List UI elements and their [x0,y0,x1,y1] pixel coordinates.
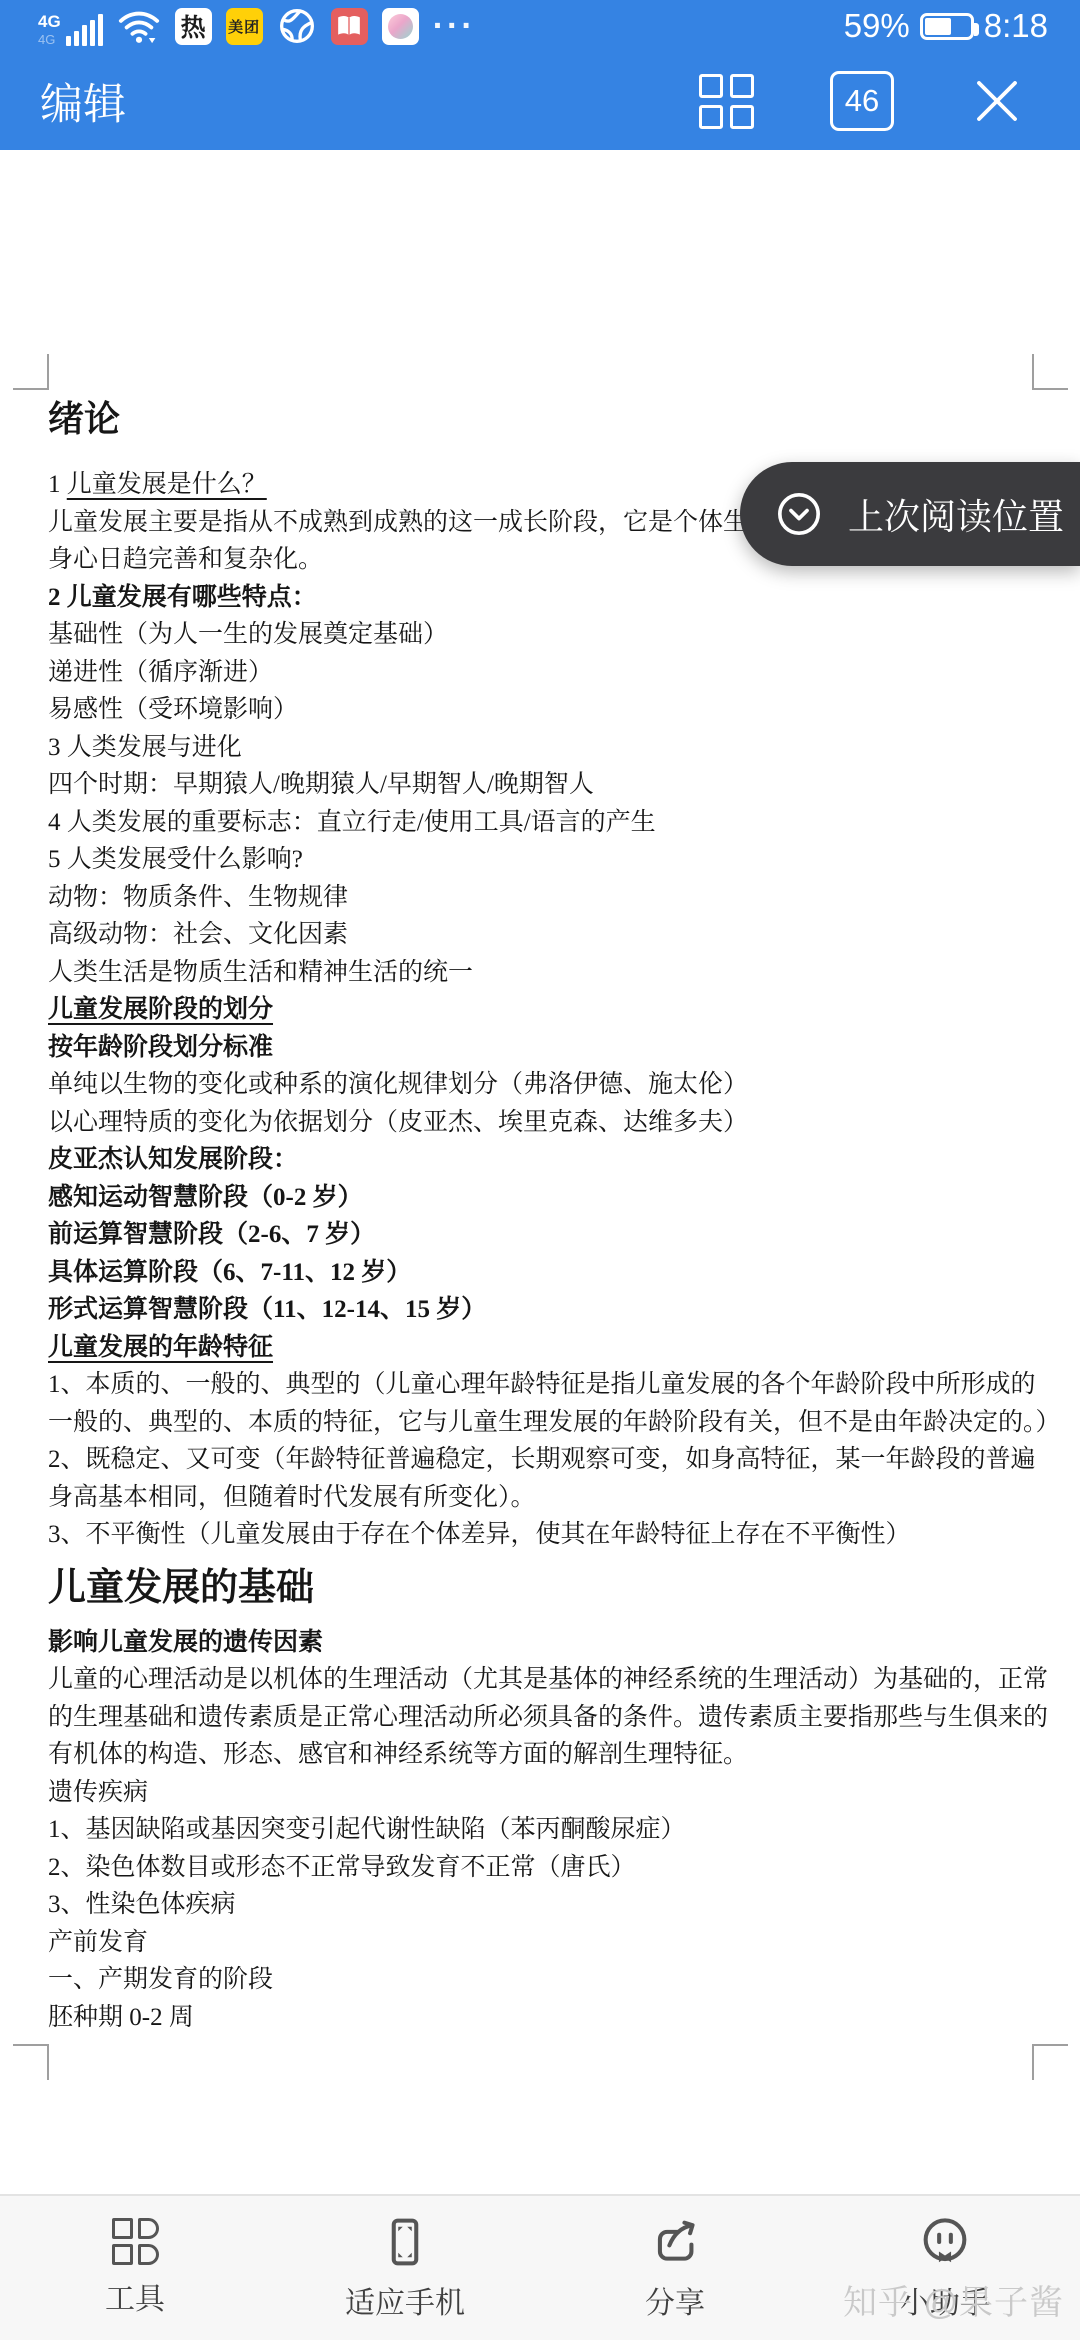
doc-line: 1、本质的、一般的、典型的（儿童心理年龄特征是指儿童发展的各个年龄阶段中所形成的 [48,1366,1070,1404]
close-icon[interactable] [970,74,1024,128]
doc-line: 形式运算智慧阶段（11、12-14、15 岁） [48,1291,1070,1329]
top-bar: 4G 4G 热 美团 [0,0,1080,150]
assistant-face-icon [918,2215,972,2269]
doc-line: 1、基因缺陷或基因突变引起代谢性缺陷（苯丙酮酸尿症） [48,1811,1070,1849]
camera-app-icon [382,8,419,45]
doc-line: 3、不平衡性（儿童发展由于存在个体差异，使其在年龄特征上存在不平衡性） [48,1516,1070,1554]
doc-line: 2 儿童发展有哪些特点： [48,579,1070,617]
signal-icon: 4G 4G [38,6,103,46]
fit-phone-icon [378,2215,432,2269]
doc-line: 具体运算阶段（6、7-11、12 岁） [48,1254,1070,1292]
doc-line: 易感性（受环境影响） [48,691,1070,729]
tools-label: 工具 [105,2274,165,2318]
status-right: 59% 8:18 [844,7,1080,45]
components-grid-button[interactable] [699,74,754,129]
status-icons-left: 4G 4G 热 美团 [0,6,476,46]
page-corner-mark [13,354,49,390]
doc-line: 递进性（循序渐进） [48,654,1070,692]
more-notifications-dots: ··· [433,7,476,46]
doc-line: 绪论 [48,396,1070,442]
doc-line: 感知运动智慧阶段（0-2 岁） [48,1179,1070,1217]
doc-line: 以心理特质的变化为依据划分（皮亚杰、埃里克森、达维多夫） [48,1104,1070,1142]
doc-line: 人类生活是物质生活和精神生活的统一 [48,954,1070,992]
appbar-actions: 46 [699,71,1080,131]
meituan-app-icon: 美团 [226,8,263,45]
doc-line: 身高基本相同，但随着时代发展有所变化）。 [48,1479,1070,1517]
bottom-toolbar: 工具 适应手机 分享 [0,2194,1080,2340]
doc-line: 儿童发展的基础 [48,1564,1070,1612]
document-page[interactable]: 绪论1 儿童发展是什么？儿童发展主要是指从不成熟到成熟的这一成长阶段，它是个体生… [0,150,1080,2196]
doc-line: 单纯以生物的变化或种系的演化规律划分（弗洛伊德、施太伦） [48,1066,1070,1104]
doc-line: 3 人类发展与进化 [48,729,1070,767]
doc-line: 一般的、典型的、本质的特征，它与儿童生理发展的年龄阶段有关，但不是由年龄决定的。… [48,1404,1070,1442]
signal-bars-icon [66,14,103,46]
toast-label: 上次阅读位置 [848,489,1064,540]
doc-line: 儿童发展的年龄特征 [48,1329,1070,1367]
camera-lens [388,14,413,39]
doc-line: 有机体的构造、形态、感官和神经系统等方面的解剖生理特征。 [48,1736,1070,1774]
doc-line: 影响儿童发展的遗传因素 [48,1624,1070,1662]
page-count-button[interactable]: 46 [830,71,894,131]
globe-icon [277,6,317,46]
wifi-icon [117,6,161,46]
doc-line: 前运算智慧阶段（2-6、7 岁） [48,1216,1070,1254]
watermark: 知乎 @果子酱 [843,2275,1064,2324]
doc-line: 一、产期发育的阶段 [48,1961,1070,1999]
page-corner-mark [1032,2044,1068,2080]
doc-line: 2、既稳定、又可变（年龄特征普遍稳定，长期观察可变，如身高特征，某一年龄段的普遍 [48,1441,1070,1479]
reader-app-icon [331,8,368,45]
clock-label: 8:18 [984,7,1048,45]
doc-line: 5 人类发展受什么影响? [48,841,1070,879]
tools-icon [112,2218,159,2265]
doc-line: 遗传疾病 [48,1774,1070,1812]
doc-line: 按年龄阶段划分标准 [48,1029,1070,1067]
doc-line: 儿童的心理活动是以机体的生理活动（尤其是基体的神经系统的生理活动）为基础的，正常 [48,1661,1070,1699]
document-content: 绪论1 儿童发展是什么？儿童发展主要是指从不成熟到成熟的这一成长阶段，它是个体生… [48,396,1070,2036]
doc-line: 动物：物质条件、生物规律 [48,879,1070,917]
fit-phone-button[interactable]: 适应手机 [270,2215,540,2322]
share-button[interactable]: 分享 [540,2215,810,2322]
hot-app-icon: 热 [175,8,212,45]
doc-line: 儿童发展阶段的划分 [48,991,1070,1029]
doc-line: 高级动物：社会、文化因素 [48,916,1070,954]
tools-button[interactable]: 工具 [0,2218,270,2318]
doc-line: 产前发育 [48,1924,1070,1962]
doc-line: 2、染色体数目或形态不正常导致发育不正常（唐氏） [48,1849,1070,1887]
chevron-down-circle-icon [776,491,822,537]
doc-line: 皮亚杰认知发展阶段： [48,1141,1070,1179]
battery-icon [920,13,974,40]
page-corner-mark [13,2044,49,2080]
doc-line: 基础性（为人一生的发展奠定基础） [48,616,1070,654]
screen: 4G 4G 热 美团 [0,0,1080,2340]
network-type-secondary-label: 4G [38,33,55,46]
page-corner-mark [1032,354,1068,390]
signal-labels: 4G 4G [38,13,61,46]
doc-line: 4 人类发展的重要标志：直立行走/使用工具/语言的产生 [48,804,1070,842]
share-icon [648,2215,702,2269]
doc-line: 胚种期 0-2 周 [48,1999,1070,2037]
battery-fill [925,18,951,35]
share-label: 分享 [645,2278,705,2322]
battery-percent-label: 59% [844,7,910,45]
doc-line: 3、性染色体疾病 [48,1886,1070,1924]
doc-line: 的生理基础和遗传素质是正常心理活动所必须具备的条件。遗传素质主要指那些与生俱来的 [48,1699,1070,1737]
app-bar: 编辑 46 [0,52,1080,150]
battery-tip [974,23,979,36]
network-type-label: 4G [38,13,61,30]
fit-phone-label: 适应手机 [345,2278,465,2322]
page-title: 编辑 [0,71,126,132]
last-read-position-toast[interactable]: 上次阅读位置 [740,462,1080,566]
status-bar: 4G 4G 热 美团 [0,0,1080,52]
doc-line: 四个时期：早期猿人/晚期猿人/早期智人/晚期智人 [48,766,1070,804]
